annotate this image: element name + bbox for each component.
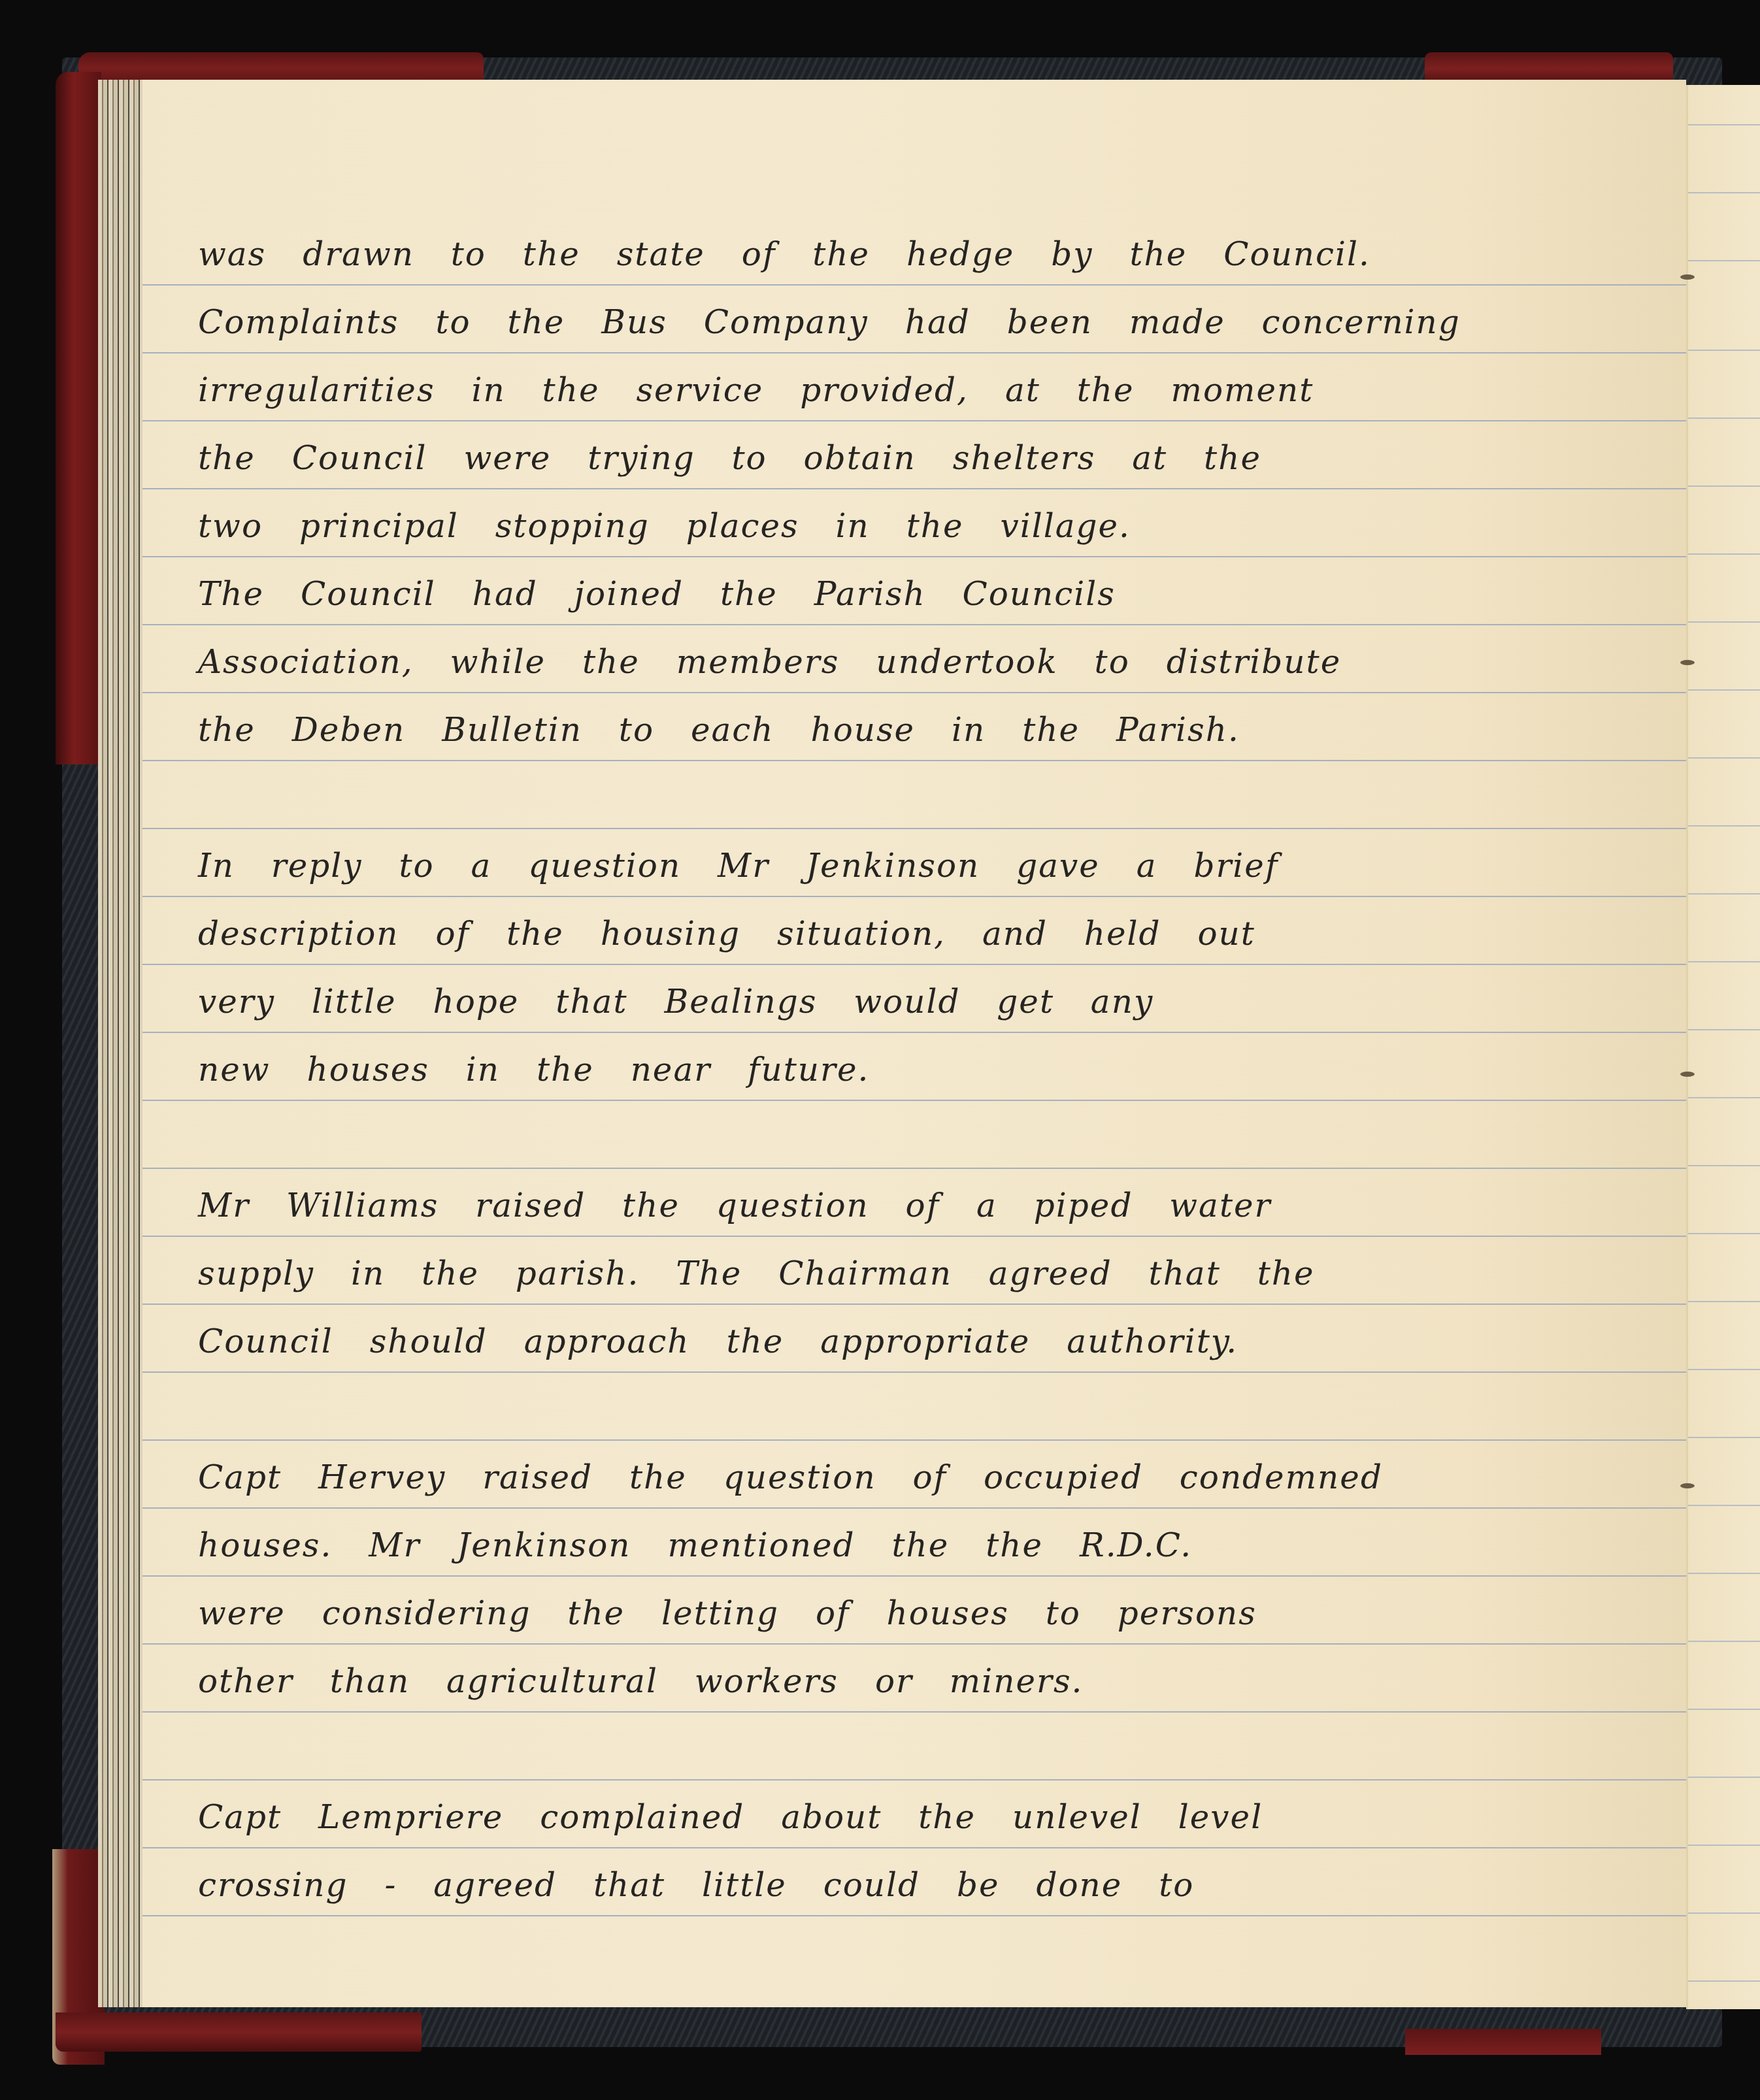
text-line: The Council had joined the Parish Counci… [198, 575, 1116, 634]
binding-thread-mark [1680, 274, 1695, 280]
text-line: Capt Hervey raised the question of occup… [198, 1458, 1383, 1517]
leather-corner-bottom-right [1405, 2029, 1601, 2055]
ruled-line [142, 828, 1686, 829]
text-line: new houses in the near future. [198, 1051, 869, 1109]
text-line: Capt Lempriere complained about the unle… [198, 1798, 1263, 1857]
ruled-line [142, 1168, 1686, 1169]
leather-edge-bottom [56, 2012, 422, 2052]
text-line: In reply to a question Mr Jenkinson gave… [198, 847, 1278, 906]
text-line: other than agricultural workers or miner… [198, 1662, 1083, 1721]
page-stack-edges [98, 80, 144, 2007]
text-line: two principal stopping places in the vil… [198, 507, 1131, 566]
text-line: Association, while the members undertook… [198, 643, 1341, 702]
text-line: was drawn to the state of the hedge by t… [198, 235, 1370, 294]
notebook-page: was drawn to the state of the hedge by t… [142, 80, 1686, 2007]
ruled-line [142, 1439, 1686, 1441]
binding-thread-mark [1680, 660, 1695, 665]
binding-thread-mark [1680, 1483, 1695, 1488]
text-line: the Council were trying to obtain shelte… [198, 439, 1261, 498]
facing-page-edge [1686, 85, 1760, 2009]
text-line: the Deben Bulletin to each house in the … [198, 711, 1240, 770]
text-line: were considering the letting of houses t… [198, 1594, 1257, 1653]
text-line: houses. Mr Jenkinson mentioned the the R… [198, 1526, 1192, 1585]
text-line: description of the housing situation, an… [198, 915, 1255, 974]
binding-thread-mark [1680, 1072, 1695, 1077]
text-line: irregularities in the service provided, … [198, 371, 1314, 430]
ruled-line [142, 1779, 1686, 1780]
text-line: Council should approach the appropriate … [198, 1322, 1238, 1381]
leather-spine-left [56, 72, 101, 764]
text-line: very little hope that Bealings would get… [198, 983, 1154, 1042]
facing-page-rules [1688, 85, 1760, 2009]
text-line: crossing - agreed that little could be d… [198, 1866, 1194, 1925]
text-line: Mr Williams raised the question of a pip… [198, 1187, 1272, 1245]
text-line: Complaints to the Bus Company had been m… [198, 303, 1461, 362]
text-line: supply in the parish. The Chairman agree… [198, 1255, 1315, 1313]
